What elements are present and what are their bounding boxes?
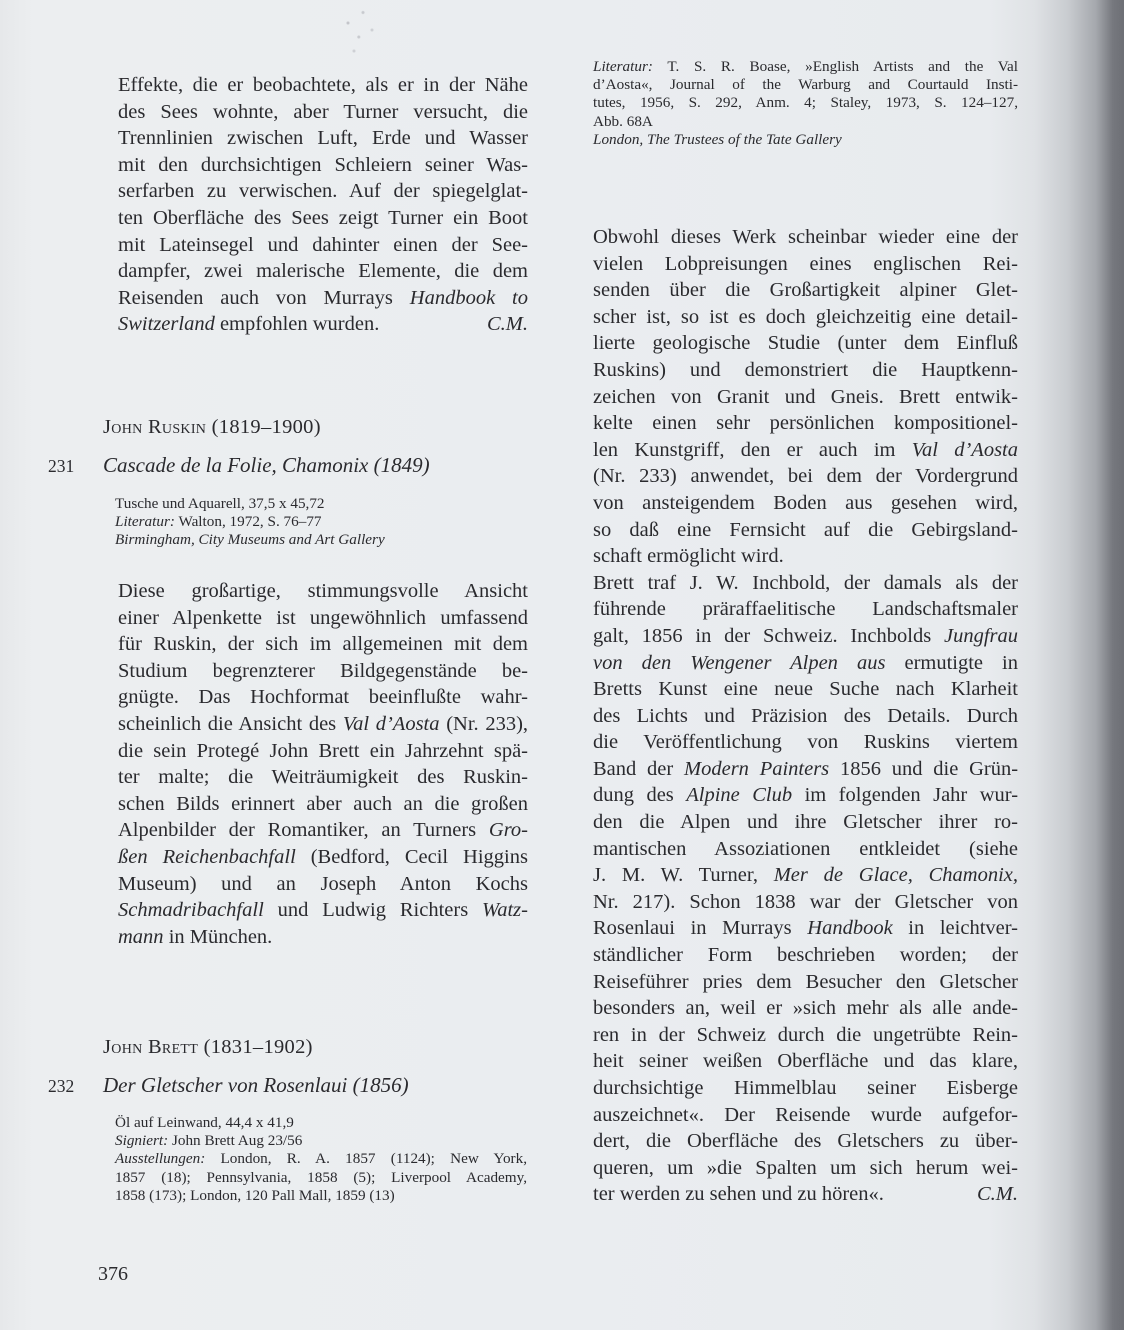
text-line: Switzerland empfohlen wurden.C.M.	[118, 311, 528, 338]
catalog-entry-title-231: 231 Cascade de la Folie, Chamonix (1849)	[48, 453, 430, 478]
artist-heading-brett: John Brett (1831–1902)	[103, 1036, 313, 1059]
catalog-number: 232	[48, 1076, 103, 1097]
catalog-entry-title-232: 232 Der Gletscher von Rosenlaui (1856)	[48, 1073, 409, 1098]
text-line: Reisenden auch von Murrays Handbook to	[118, 285, 528, 312]
exhibitions: Ausstellungen: London, R. A. 1857 (1124)…	[115, 1150, 527, 1168]
book-title-italic: Handbook to	[410, 287, 528, 309]
artwork-metadata-233: Literatur: T. S. R. Boase, »English Arti…	[593, 58, 1018, 149]
artwork-title: Der Gletscher von Rosenlaui (1856)	[103, 1073, 409, 1098]
text-line: mit Lateinsegel und dahinter einen der S…	[118, 232, 528, 259]
medium: Öl auf Leinwand, 44,4 x 41,9	[115, 1114, 527, 1132]
author-signature: C.M.	[977, 1181, 1018, 1208]
artwork-title: Cascade de la Folie, Chamonix (1849)	[103, 453, 430, 478]
literature: Literatur: Walton, 1972, S. 76–77	[115, 513, 525, 531]
author-signature: C.M.	[487, 311, 528, 338]
medium: Tusche und Aquarell, 37,5 x 45,72	[115, 495, 525, 513]
literature: Literatur: T. S. R. Boase, »English Arti…	[593, 58, 1018, 76]
continued-paragraph: Effekte, die er beobachtete, als er in d…	[118, 72, 528, 338]
entry-text-232: Obwohl dieses Werk scheinbar wieder eine…	[593, 224, 1018, 1208]
text-line: ten Oberfläche des Sees zeigt Turner ein…	[118, 205, 528, 232]
collection: London, The Trustees of the Tate Gallery	[593, 131, 1018, 149]
entry-text-231: Diese großartige, stimmungsvolle Ansicht…	[118, 578, 528, 950]
signature-info: Signiert: John Brett Aug 23/56	[115, 1132, 527, 1150]
text-line: mit den durchsichtigen Schleiern seiner …	[118, 152, 528, 179]
text-line: Trennlinien zwischen Luft, Erde und Wass…	[118, 125, 528, 152]
book-title-italic: Switzerland	[118, 313, 215, 335]
artwork-metadata-231: Tusche und Aquarell, 37,5 x 45,72 Litera…	[115, 495, 525, 550]
artist-heading-ruskin: John Ruskin (1819–1900)	[103, 416, 321, 439]
text-line: Effekte, die er beobachtete, als er in d…	[118, 72, 528, 99]
text-line: serfarben zu verwischen. Auf der spiegel…	[118, 178, 528, 205]
book-page: Effekte, die er beobachtete, als er in d…	[0, 0, 1124, 1330]
artwork-metadata-232: Öl auf Leinwand, 44,4 x 41,9 Signiert: J…	[115, 1114, 527, 1205]
text-line: des Sees wohnte, aber Turner versucht, d…	[118, 99, 528, 126]
catalog-number: 231	[48, 456, 103, 477]
paper-specks	[330, 2, 390, 72]
page-number: 376	[98, 1263, 128, 1286]
text-line: dampfer, zwei malerische Elemente, die d…	[118, 258, 528, 285]
collection: Birmingham, City Museums and Art Gallery	[115, 531, 525, 549]
